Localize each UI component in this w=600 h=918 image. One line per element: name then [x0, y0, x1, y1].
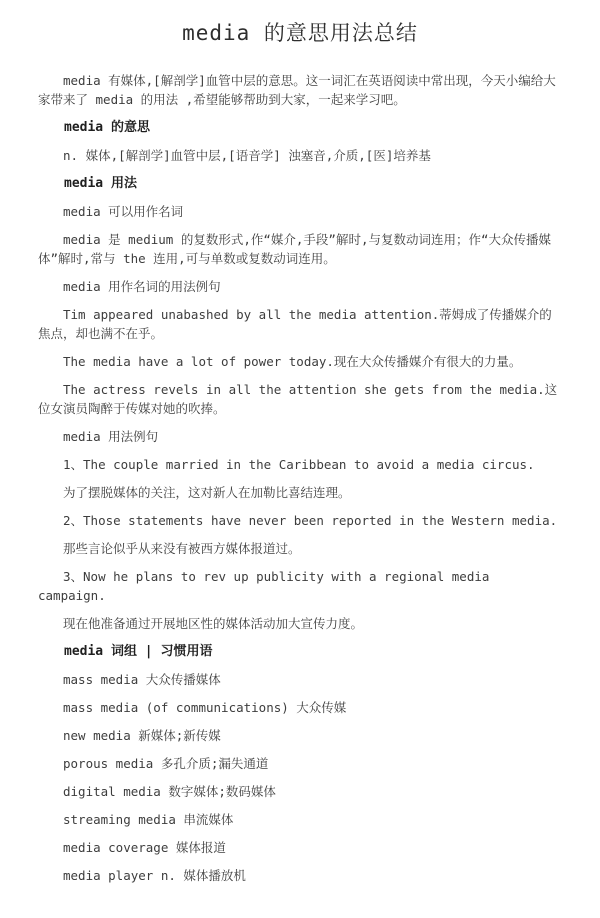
definition-line: n. 媒体,[解剖学]血管中层,[语音学] 浊塞音,介质,[医]培养基 — [38, 146, 562, 165]
example-sentence-tim: Tim appeared unabashed by all the media … — [38, 305, 562, 343]
numbered-example-1: 1、The couple married in the Caribbean to… — [38, 455, 562, 474]
numbered-example-2-translation: 那些言论似乎从来没有被西方媒体报道过。 — [38, 539, 562, 558]
phrase-media-player: media player n. 媒体播放机 — [38, 866, 562, 885]
phrase-mass-media-communications: mass media (of communications) 大众传媒 — [38, 698, 562, 717]
phrase-media-coverage: media coverage 媒体报道 — [38, 838, 562, 857]
intro-paragraph: media 有媒体,[解剖学]血管中层的意思。这一词汇在英语阅读中常出现，今天小… — [38, 71, 562, 109]
usage-examples-label: media 用作名词的用法例句 — [38, 277, 562, 296]
document-page: media 的意思用法总结 media 有媒体,[解剖学]血管中层的意思。这一词… — [0, 0, 600, 918]
phrase-mass-media: mass media 大众传播媒体 — [38, 670, 562, 689]
numbered-example-3: 3、Now he plans to rev up publicity with … — [38, 567, 562, 605]
example-sentence-power: The media have a lot of power today.现在大众… — [38, 352, 562, 371]
phrase-porous-media: porous media 多孔介质;漏失通道 — [38, 754, 562, 773]
numbered-example-3-translation: 现在他准备通过开展地区性的媒体活动加大宣传力度。 — [38, 614, 562, 633]
section-heading-phrases: media 词组 | 习惯用语 — [38, 642, 562, 661]
numbered-examples-label: media 用法例句 — [38, 427, 562, 446]
section-heading-meaning: media 的意思 — [38, 118, 562, 137]
usage-note-noun: media 可以用作名词 — [38, 202, 562, 221]
usage-note-plural: media 是 medium 的复数形式,作“媒介,手段”解时,与复数动词连用；… — [38, 230, 562, 268]
numbered-example-1-translation: 为了摆脱媒体的关注，这对新人在加勒比喜结连理。 — [38, 483, 562, 502]
section-heading-usage: media 用法 — [38, 174, 562, 193]
numbered-example-2: 2、Those statements have never been repor… — [38, 511, 562, 530]
phrase-new-media: new media 新媒体;新传媒 — [38, 726, 562, 745]
phrase-digital-media: digital media 数字媒体;数码媒体 — [38, 782, 562, 801]
example-sentence-actress: The actress revels in all the attention … — [38, 380, 562, 418]
phrase-streaming-media: streaming media 串流媒体 — [38, 810, 562, 829]
page-title: media 的意思用法总结 — [38, 20, 562, 47]
